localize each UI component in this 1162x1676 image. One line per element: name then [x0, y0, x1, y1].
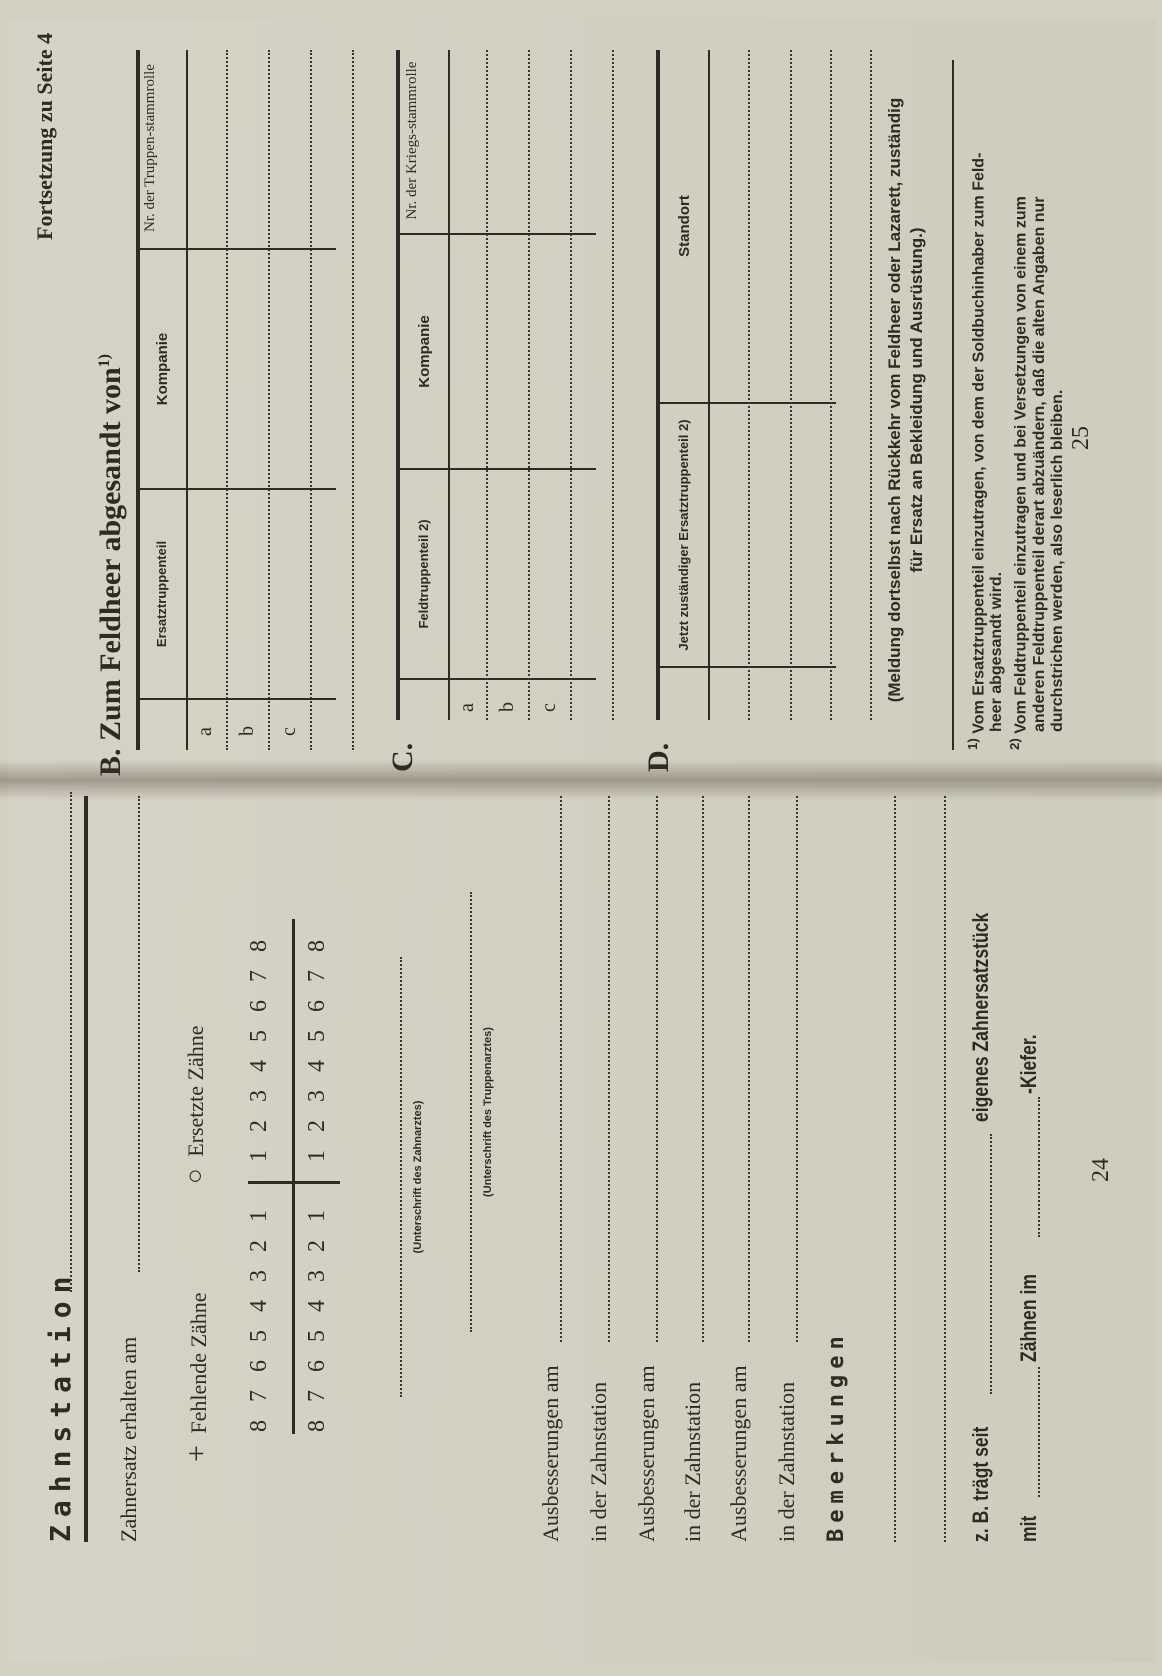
- dentist-signature-caption: (Unterschrift des Zahnarztes): [412, 957, 424, 1397]
- section-b-col-ersatztruppenteil: Ersatztruppenteil: [154, 490, 169, 698]
- repair-3-date-field[interactable]: [748, 796, 750, 1342]
- footnote-1: 1) Vom Ersatztruppenteil einzutragen, vo…: [964, 153, 988, 750]
- plus-icon: +: [180, 1445, 213, 1462]
- book-spread: Zahnstation Zahnersatz erhalten am + Feh…: [0, 0, 1162, 1676]
- example-line-2-mid: Zähnen im: [1016, 1274, 1042, 1362]
- section-c-col-nr: Nr. der Kriegs-stammrolle: [404, 48, 421, 233]
- section-d-col-standort: Standort: [676, 50, 693, 402]
- section-c-row-c: c: [538, 703, 561, 712]
- troop-doctor-signature-field[interactable]: [470, 892, 472, 1332]
- section-b-row-c: c: [278, 727, 301, 736]
- footnote-2-line-2: anderen Feldtruppenteil derart abzuänder…: [1031, 153, 1049, 750]
- page-title: Zahnstation: [44, 1269, 77, 1542]
- tooth-row-lower-left: 8 7 6 5 4 3 2 1: [304, 1204, 331, 1432]
- return-note-line-2: für Ersatz an Bekleidung und Ausrüstung.…: [906, 80, 928, 720]
- example-teeth-count-field[interactable]: [1038, 1367, 1040, 1497]
- section-b-row-c-field[interactable]: [310, 50, 312, 750]
- legend-replaced-label: Ersetzte Zähne: [183, 1025, 208, 1156]
- section-b-heading: Zum Feldheer abgesandt von: [94, 367, 127, 741]
- section-b-col-divider-1: [136, 698, 336, 700]
- section-c-top-rule: [396, 50, 400, 720]
- section-b-title: B. Zum Feldheer abgesandt von1): [94, 354, 128, 776]
- remarks-line-2[interactable]: [944, 796, 946, 1542]
- section-b-col-kompanie: Kompanie: [154, 250, 171, 488]
- return-note: (Meldung dortselbst nach Rückkehr vom Fe…: [884, 80, 928, 720]
- section-c-col-feldtruppenteil: Feldtruppenteil 2): [416, 470, 431, 678]
- section-d-row-2-field[interactable]: [790, 50, 792, 720]
- section-b-letter: B.: [94, 748, 127, 776]
- section-d-row-4-field[interactable]: [870, 50, 872, 720]
- section-c-row-c-field[interactable]: [570, 50, 572, 720]
- continuation-header: Fortsetzung zu Seite 4: [32, 33, 58, 240]
- tooth-chart-v-axis: [248, 1181, 340, 1184]
- repair-1-date-label: Ausbesserungen am: [538, 1365, 564, 1542]
- page-number: 24: [1088, 1158, 1115, 1182]
- section-d-col-divider-1: [656, 666, 836, 668]
- section-c-col-divider-1: [396, 678, 596, 680]
- footnote-2: 2) Vom Feldtruppenteil einzutragen und b…: [1006, 153, 1030, 750]
- section-c-row-a-field[interactable]: [486, 50, 488, 720]
- example-line-2-mid-wrap: Zähnen im: [1016, 1252, 1042, 1362]
- repair-3-date-label: Ausbesserungen am: [726, 1365, 752, 1542]
- section-b-col-nr: Nr. der Truppen-stammrolle: [142, 48, 159, 248]
- page-24: Zahnstation Zahnersatz erhalten am + Feh…: [8, 784, 1156, 1662]
- section-d-row-3-field[interactable]: [830, 50, 832, 720]
- page-25: Fortsetzung zu Seite 4 B. Zum Feldheer a…: [8, 20, 1156, 780]
- section-c-header-rule: [448, 50, 450, 720]
- received-date-field[interactable]: [138, 796, 140, 1272]
- example-line-2-prefix: mit: [1016, 1516, 1042, 1542]
- section-b-header-rule: [186, 50, 188, 750]
- example-line-1: z. B. trägt seit: [968, 1398, 994, 1542]
- section-d-header-rule: [708, 50, 710, 720]
- section-c-row-a: a: [456, 703, 479, 712]
- footnote-ref-1: 1): [96, 354, 113, 367]
- tooth-row-upper-left: 8 7 6 5 4 3 2 1: [246, 1204, 273, 1432]
- troop-doctor-signature-caption: (Unterschrift des Truppenarztes): [482, 892, 494, 1332]
- remarks-line-1[interactable]: [894, 796, 896, 1542]
- footnote-1-line-1: Vom Ersatztruppenteil einzutragen, von d…: [970, 153, 987, 734]
- section-b-row-d-field[interactable]: [352, 50, 354, 750]
- repair-3-station-label: in der Zahnstation: [774, 1382, 800, 1542]
- return-note-line-1: (Meldung dortselbst nach Rückkehr vom Fe…: [884, 80, 906, 720]
- example-line-1-suffix: eigenes Zahnersatzstück: [968, 913, 994, 1122]
- section-c-letter: C.: [386, 743, 420, 772]
- footnote-1-marker: 1): [965, 738, 980, 750]
- example-line-2-suffix-wrap: -Kiefer.: [1016, 1019, 1042, 1094]
- remarks-label: Bemerkungen: [824, 1330, 849, 1542]
- section-d-row-1-field[interactable]: [748, 50, 750, 720]
- section-d-top-rule: [656, 50, 660, 720]
- tooth-chart-h-axis: [292, 919, 295, 1434]
- circle-icon: ○: [180, 1168, 209, 1184]
- repair-1-station-field[interactable]: [608, 796, 610, 1342]
- footnote-2-line-3: durchstrichen werden, also leserlich ble…: [1049, 153, 1067, 750]
- section-c-row-d-field[interactable]: [612, 50, 614, 720]
- page-number: 25: [1068, 426, 1095, 450]
- repair-2-station-label: in der Zahnstation: [680, 1382, 706, 1542]
- legend-missing: + Fehlende Zähne: [180, 1292, 214, 1462]
- repair-1-station-label: in der Zahnstation: [586, 1382, 612, 1542]
- repair-1-date-field[interactable]: [560, 796, 562, 1342]
- repair-2-date-label: Ausbesserungen am: [634, 1365, 660, 1542]
- example-since-field[interactable]: [990, 1134, 992, 1394]
- example-line-1-prefix: z. B. trägt seit: [968, 1427, 994, 1542]
- footnote-2-marker: 2): [1007, 738, 1022, 750]
- section-b-row-a: a: [194, 727, 217, 736]
- legend-replaced: ○ Ersetzte Zähne: [180, 1025, 210, 1184]
- repair-3-station-field[interactable]: [796, 796, 798, 1342]
- footnote-2-line-1: Vom Feldtruppenteil einzutragen und bei …: [1013, 196, 1030, 734]
- section-b-top-rule: [136, 50, 140, 750]
- example-jaw-field[interactable]: [1038, 1097, 1040, 1237]
- example-line-2-wrap: mit: [1016, 1509, 1042, 1542]
- tooth-row-upper-right: 1 2 3 4 5 6 7 8: [246, 934, 273, 1162]
- title-rule: [84, 796, 88, 1542]
- footnotes: 1) Vom Ersatztruppenteil einzutragen, vo…: [964, 153, 1067, 750]
- footnote-1-line-2: heer abgesandt wird.: [988, 153, 1006, 750]
- zahnstation-field[interactable]: [70, 792, 72, 1292]
- section-c-row-b: b: [496, 702, 519, 712]
- section-d-letter: D.: [642, 743, 676, 772]
- section-d-col-ersatztruppenteil: Jetzt zuständiger Ersatztruppenteil 2): [676, 404, 691, 666]
- footnote-rule: [952, 60, 954, 750]
- legend-missing-label: Fehlende Zähne: [186, 1292, 211, 1433]
- section-c-row-b-field[interactable]: [528, 50, 530, 720]
- received-label: Zahnersatz erhalten am: [116, 1337, 142, 1542]
- repair-2-station-field[interactable]: [702, 796, 704, 1342]
- section-c-col-kompanie: Kompanie: [416, 235, 433, 468]
- section-b-row-a-field[interactable]: [226, 50, 228, 750]
- section-b-row-b-field[interactable]: [268, 50, 270, 750]
- repair-2-date-field[interactable]: [656, 796, 658, 1342]
- tooth-row-lower-right: 1 2 3 4 5 6 7 8: [304, 934, 331, 1162]
- dentist-signature-field[interactable]: [400, 957, 402, 1397]
- section-b-row-b: b: [236, 726, 259, 736]
- example-line-1-suffix-wrap: eigenes Zahnersatzstück: [968, 860, 994, 1122]
- example-line-2-suffix: -Kiefer.: [1016, 1034, 1042, 1094]
